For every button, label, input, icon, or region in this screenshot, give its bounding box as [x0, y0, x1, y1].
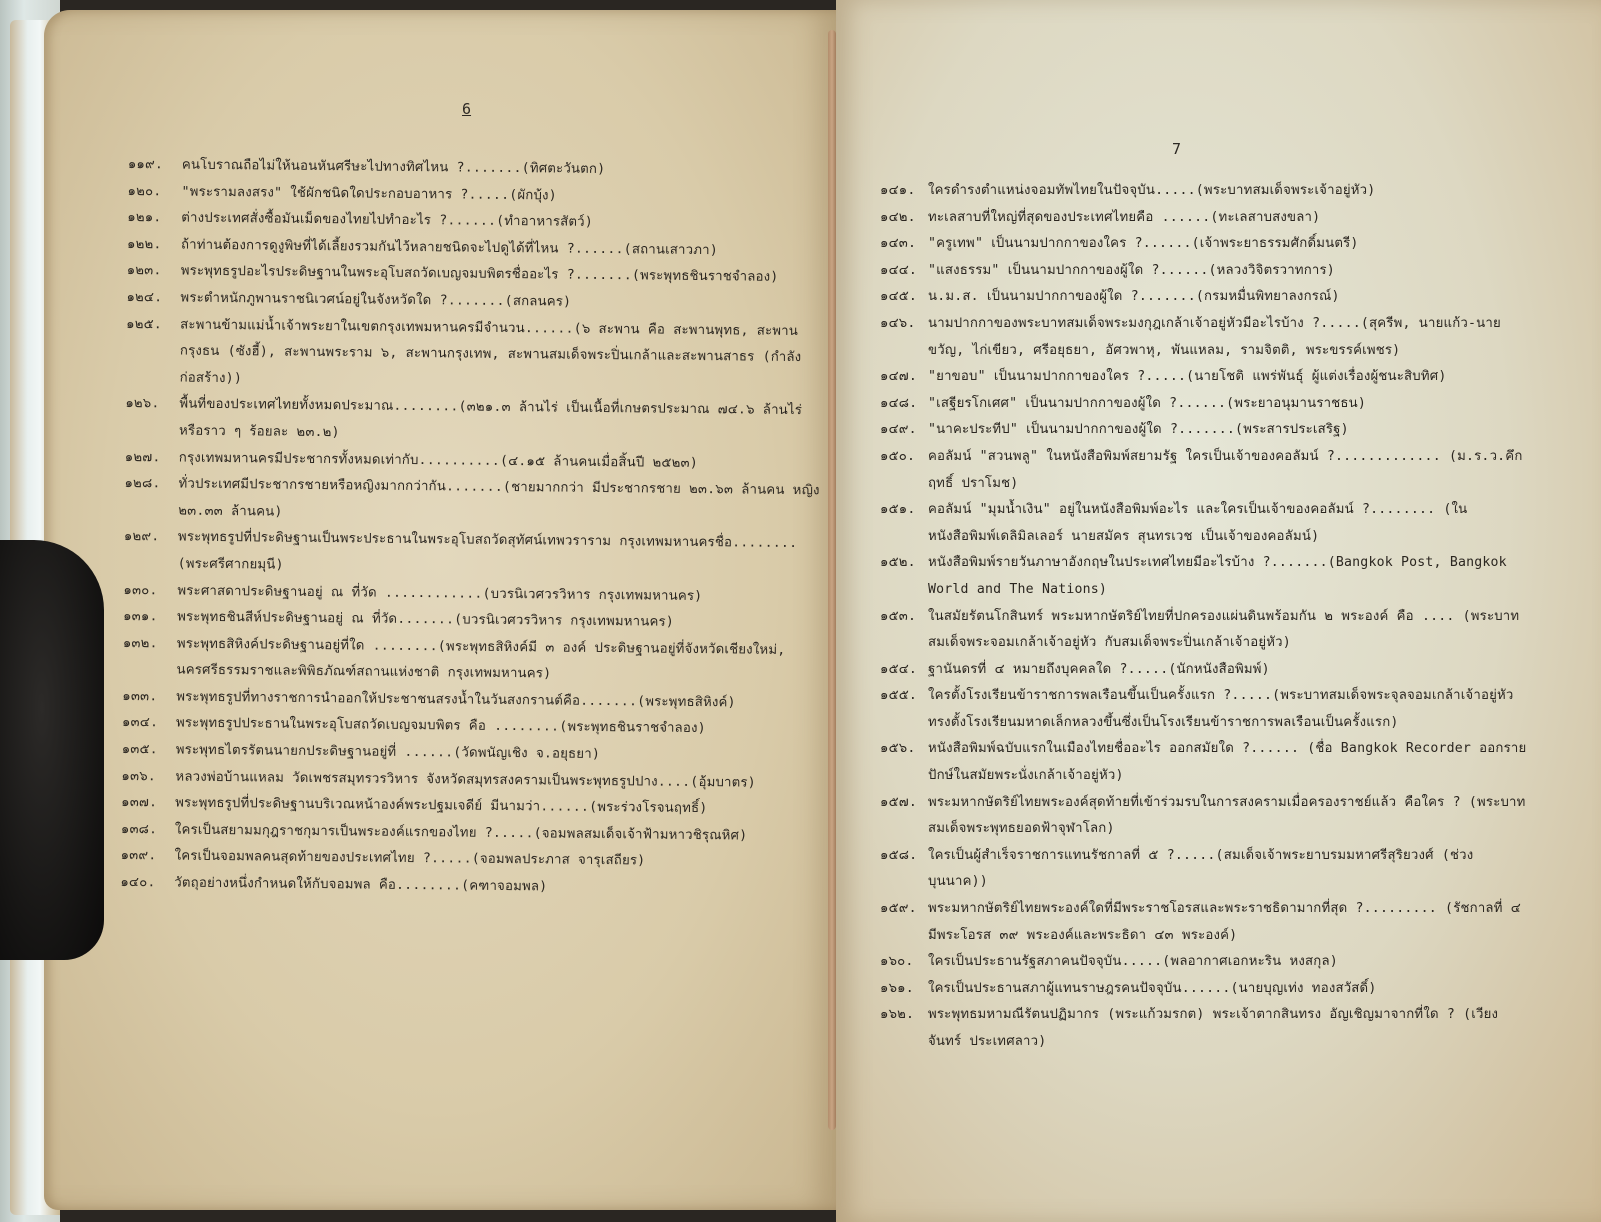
- item-text: สะพานข้ามแม่น้ำเจ้าพระยาในเขตกรุงเทพมหาน…: [179, 312, 826, 399]
- item-text: ในสมัยรัตนโกสินทร์ พระมหากษัตริย์ไทยที่ป…: [928, 604, 1530, 657]
- list-item: ๑๕๑.คอลัมน์ "มุมน้ำเงิน" อยู่ในหนังสือพิ…: [880, 497, 1530, 550]
- item-text: พระพุทธรูปที่ประดิษฐานเป็นพระประธานในพระ…: [178, 525, 825, 585]
- item-number: ๑๕๓.: [880, 604, 928, 657]
- list-item: ๑๖๑.ใครเป็นประธานสภาผู้แทนราษฎรคนปัจจุบั…: [880, 976, 1530, 1003]
- item-number: ๑๔๓.: [880, 231, 928, 258]
- item-text: ใครเป็นประธานสภาผู้แทนราษฎรคนปัจจุบัน...…: [928, 976, 1530, 1003]
- item-number: ๑๓๗.: [121, 790, 175, 817]
- item-number: ๑๔๒.: [880, 205, 928, 232]
- list-item: ๑๔๑.ใครดำรงตำแหน่งจอมทัพไทยในปัจจุบัน...…: [880, 178, 1530, 205]
- item-number: ๑๕๒.: [880, 550, 928, 603]
- black-cloth-object: [0, 540, 104, 960]
- item-number: ๑๔๕.: [880, 284, 928, 311]
- item-text: ฐานันดรที่ ๔ หมายถึงบุคคลใด ?.....(นักหน…: [928, 657, 1530, 684]
- item-number: ๑๕๐.: [880, 444, 928, 497]
- item-number: ๑๓๒.: [122, 631, 177, 685]
- item-number: ๑๒๕.: [125, 312, 180, 392]
- list-item: ๑๔๗."ยาขอบ" เป็นนามปากกาของใคร ?.....(นา…: [880, 364, 1530, 391]
- item-number: ๑๒๑.: [127, 205, 181, 232]
- list-item: ๑๔๕.น.ม.ส. เป็นนามปากกาของผู้ใด ?.......…: [880, 284, 1530, 311]
- item-text: พระมหากษัตริย์ไทยพระองค์สุดท้ายที่เข้าร่…: [928, 790, 1530, 843]
- list-item: ๑๕๔.ฐานันดรที่ ๔ หมายถึงบุคคลใด ?.....(น…: [880, 657, 1530, 684]
- item-text: ใครตั้งโรงเรียนข้าราชการพลเรือนขึ้นเป็นค…: [928, 683, 1530, 736]
- item-number: ๑๓๑.: [123, 604, 177, 631]
- item-text: ทั่วประเทศมีประชากรชายหรือหญิงมากกว่ากัน…: [178, 472, 825, 532]
- item-text: "เสฐียรโกเศศ" เป็นนามปากกาของผู้ใด ?....…: [928, 391, 1530, 418]
- item-number: ๑๕๙.: [880, 896, 928, 949]
- item-number: ๑๒๓.: [127, 258, 181, 285]
- item-number: ๑๓๔.: [122, 710, 176, 737]
- item-number: ๑๔๔.: [880, 258, 928, 285]
- item-text: พื้นที่ของประเทศไทยทั้งหมดประมาณ........…: [179, 392, 826, 452]
- list-item: ๑๔๒.ทะเลสาบที่ใหญ่ที่สุดของประเทศไทยคือ …: [880, 205, 1530, 232]
- right-page: 7 ๑๔๑.ใครดำรงตำแหน่งจอมทัพไทยในปัจจุบัน.…: [836, 0, 1601, 1222]
- left-page: 6 ๑๑๙.คนโบราณถือไม่ให้นอนหันศรีษะไปทางทิ…: [44, 10, 836, 1210]
- list-item: ๑๔๔."แสงธรรม" เป็นนามปากกาของผู้ใด ?....…: [880, 258, 1530, 285]
- item-number: ๑๓๕.: [122, 737, 176, 764]
- list-item: ๑๔๖.นามปากกาของพระบาทสมเด็จพระมงกุฎเกล้า…: [880, 311, 1530, 364]
- item-text: ใครดำรงตำแหน่งจอมทัพไทยในปัจจุบัน.....(พ…: [928, 178, 1530, 205]
- item-number: ๑๔๖.: [880, 311, 928, 364]
- list-item: ๑๓๒.พระพุทธสิหิงค์ประดิษฐานอยู่ที่ใด ...…: [122, 631, 823, 692]
- item-number: ๑๖๐.: [880, 949, 928, 976]
- item-text: พระพุทธสิหิงค์ประดิษฐานอยู่ที่ใด .......…: [176, 631, 823, 691]
- list-item: ๑๖๒.พระพุทธมหามณีรัตนปฏิมากร (พระแก้วมรก…: [880, 1002, 1530, 1055]
- list-item: ๑๕๓.ในสมัยรัตนโกสินทร์ พระมหากษัตริย์ไทย…: [880, 604, 1530, 657]
- item-number: ๑๒๙.: [124, 524, 179, 578]
- list-item: ๑๖๐.ใครเป็นประธานรัฐสภาคนปัจจุบัน.....(พ…: [880, 949, 1530, 976]
- list-item: ๑๔๘."เสฐียรโกเศศ" เป็นนามปากกาของผู้ใด ?…: [880, 391, 1530, 418]
- item-number: ๑๕๘.: [880, 843, 928, 896]
- item-number: ๑๒๔.: [126, 285, 180, 312]
- item-text: พระพุทธมหามณีรัตนปฏิมากร (พระแก้วมรกต) พ…: [928, 1002, 1530, 1055]
- item-number: ๑๓๖.: [121, 764, 175, 791]
- item-text: "ครูเทพ" เป็นนามปากกาของใคร ?......(เจ้า…: [928, 231, 1530, 258]
- item-number: ๑๕๖.: [880, 736, 928, 789]
- item-number: ๑๔๙.: [880, 417, 928, 444]
- item-number: ๑๔๗.: [880, 364, 928, 391]
- item-number: ๑๖๑.: [880, 976, 928, 1003]
- item-number: ๑๒๒.: [127, 232, 181, 259]
- list-item: ๑๒๙.พระพุทธรูปที่ประดิษฐานเป็นพระประธานใ…: [124, 524, 825, 585]
- item-number: ๑๓๙.: [120, 843, 174, 870]
- list-item: ๑๒๕.สะพานข้ามแม่น้ำเจ้าพระยาในเขตกรุงเทพ…: [125, 312, 826, 399]
- list-item: ๑๒๘.ทั่วประเทศมีประชากรชายหรือหญิงมากกว่…: [124, 471, 825, 532]
- page-number-right: 7: [1172, 140, 1181, 158]
- question-list-right: ๑๔๑.ใครดำรงตำแหน่งจอมทัพไทยในปัจจุบัน...…: [880, 178, 1530, 1056]
- item-number: ๑๓๘.: [121, 817, 175, 844]
- list-item: ๑๕๙.พระมหากษัตริย์ไทยพระองค์ใดที่มีพระรา…: [880, 896, 1530, 949]
- question-list-left: ๑๑๙.คนโบราณถือไม่ให้นอนหันศรีษะไปทางทิศไ…: [120, 152, 828, 904]
- item-number: ๑๒๘.: [124, 471, 179, 525]
- item-number: ๑๕๕.: [880, 683, 928, 736]
- item-text: "แสงธรรม" เป็นนามปากกาของผู้ใด ?......(ห…: [928, 258, 1530, 285]
- item-number: ๑๒๗.: [125, 445, 179, 472]
- item-number: ๑๕๗.: [880, 790, 928, 843]
- item-number: ๑๖๒.: [880, 1002, 928, 1055]
- item-number: ๑๒๖.: [125, 391, 180, 445]
- item-number: ๑๕๑.: [880, 497, 928, 550]
- item-text: "นาคะประทีป" เป็นนามปากกาของผู้ใด ?.....…: [928, 417, 1530, 444]
- item-text: นามปากกาของพระบาทสมเด็จพระมงกุฎเกล้าเจ้า…: [928, 311, 1530, 364]
- item-number: ๑๔๐.: [120, 870, 174, 897]
- book-gutter: [828, 30, 836, 1130]
- list-item: ๑๕๖.หนังสือพิมพ์ฉบับแรกในเมืองไทยชื่ออะไ…: [880, 736, 1530, 789]
- item-text: พระมหากษัตริย์ไทยพระองค์ใดที่มีพระราชโอร…: [928, 896, 1530, 949]
- list-item: ๑๕๗.พระมหากษัตริย์ไทยพระองค์สุดท้ายที่เข…: [880, 790, 1530, 843]
- item-text: คอลัมน์ "สวนพลู" ในหนังสือพิมพ์สยามรัฐ ใ…: [928, 444, 1530, 497]
- item-text: คอลัมน์ "มุมน้ำเงิน" อยู่ในหนังสือพิมพ์อ…: [928, 497, 1530, 550]
- item-text: ทะเลสาบที่ใหญ่ที่สุดของประเทศไทยคือ ....…: [928, 205, 1530, 232]
- item-number: ๑๒๐.: [127, 179, 181, 206]
- item-number: ๑๓๐.: [123, 577, 177, 604]
- list-item: ๑๕๐.คอลัมน์ "สวนพลู" ในหนังสือพิมพ์สยามร…: [880, 444, 1530, 497]
- list-item: ๑๔๓."ครูเทพ" เป็นนามปากกาของใคร ?......(…: [880, 231, 1530, 258]
- list-item: ๑๒๖.พื้นที่ของประเทศไทยทั้งหมดประมาณ....…: [125, 391, 826, 452]
- item-text: ใครเป็นประธานรัฐสภาคนปัจจุบัน.....(พลอาก…: [928, 949, 1530, 976]
- item-number: ๑๕๔.: [880, 657, 928, 684]
- item-text: หนังสือพิมพ์ฉบับแรกในเมืองไทยชื่ออะไร ออ…: [928, 736, 1530, 789]
- item-text: ใครเป็นผู้สำเร็จราชการแทนรัชกาลที่ ๕ ?..…: [928, 843, 1530, 896]
- list-item: ๑๕๕.ใครตั้งโรงเรียนข้าราชการพลเรือนขึ้นเ…: [880, 683, 1530, 736]
- item-text: วัตถุอย่างหนึ่งกำหนดให้กับจอมพล คือ.....…: [174, 871, 820, 904]
- item-text: หนังสือพิมพ์รายวันภาษาอังกฤษในประเทศไทยม…: [928, 550, 1530, 603]
- list-item: ๑๕๒.หนังสือพิมพ์รายวันภาษาอังกฤษในประเทศ…: [880, 550, 1530, 603]
- item-number: ๑๓๓.: [122, 684, 176, 711]
- item-number: ๑๑๙.: [128, 152, 182, 179]
- list-item: ๑๕๘.ใครเป็นผู้สำเร็จราชการแทนรัชกาลที่ ๕…: [880, 843, 1530, 896]
- item-number: ๑๔๘.: [880, 391, 928, 418]
- page-number-left: 6: [462, 100, 471, 118]
- item-number: ๑๔๑.: [880, 178, 928, 205]
- item-text: น.ม.ส. เป็นนามปากกาของผู้ใด ?.......(กรม…: [928, 284, 1530, 311]
- list-item: ๑๔๙."นาคะประทีป" เป็นนามปากกาของผู้ใด ?.…: [880, 417, 1530, 444]
- item-text: "ยาขอบ" เป็นนามปากกาของใคร ?.....(นายโชต…: [928, 364, 1530, 391]
